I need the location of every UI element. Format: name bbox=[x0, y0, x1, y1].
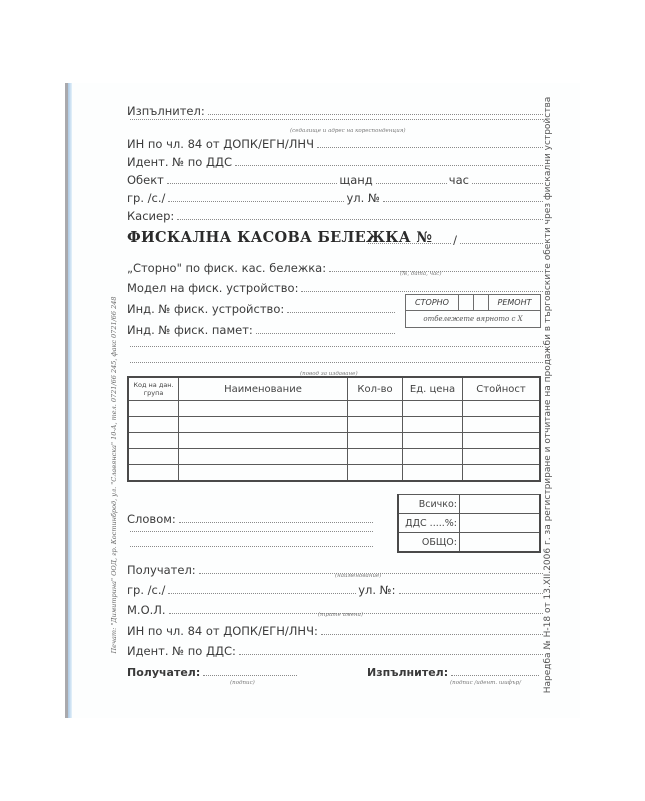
issuer-signature-hint: (подпис /идент. шифър/ bbox=[450, 680, 521, 686]
mol-hint: (трите имена) bbox=[318, 612, 363, 618]
issuer-field[interactable] bbox=[208, 113, 543, 115]
in-words-field[interactable] bbox=[179, 521, 373, 523]
repair-checkbox[interactable] bbox=[474, 295, 489, 310]
issuer-label: Изпълнител: bbox=[127, 104, 205, 118]
printer-imprint: Печат: "Димитрина" ООД, гр. Костинброд, … bbox=[110, 296, 118, 653]
reason-field-1[interactable] bbox=[130, 345, 543, 347]
receipt-number-slash: / bbox=[453, 233, 457, 247]
recipient-street-label: ул. №: bbox=[358, 583, 395, 597]
table-cell[interactable] bbox=[128, 417, 179, 433]
recipient-signature-hint: (подпис) bbox=[230, 680, 255, 686]
cashier-field[interactable] bbox=[177, 218, 543, 220]
total-value-cell[interactable] bbox=[460, 495, 541, 514]
device-id-label: Инд. № фиск. устройство: bbox=[127, 302, 284, 316]
issuer-signature-label: Изпълнител: bbox=[367, 666, 448, 679]
recipient-id-field[interactable] bbox=[321, 633, 543, 635]
memory-id-field[interactable] bbox=[256, 332, 395, 334]
table-cell[interactable] bbox=[403, 417, 463, 433]
table-cell[interactable] bbox=[463, 433, 541, 449]
vat-label: ДДС .....%: bbox=[398, 514, 460, 533]
storno-option-label: СТОРНО bbox=[406, 295, 459, 310]
totals-table: Всичко: ДДС .....%: ОБЩО: bbox=[397, 494, 541, 553]
recipient-id-row: ИН по чл. 84 от ДОПК/ЕГН/ЛНЧ: bbox=[127, 624, 545, 638]
total-row: Всичко: bbox=[398, 495, 540, 514]
device-id-field[interactable] bbox=[287, 311, 395, 313]
table-cell[interactable] bbox=[348, 465, 403, 482]
issuer-vat-label: Идент. № по ДДС bbox=[127, 155, 232, 169]
total-label: Всичко: bbox=[398, 495, 460, 514]
table-cell[interactable] bbox=[179, 401, 348, 417]
recipient-street-field[interactable] bbox=[399, 592, 543, 594]
in-words-field-2[interactable] bbox=[130, 530, 373, 532]
storno-checkbox[interactable] bbox=[459, 295, 474, 310]
table-cell[interactable] bbox=[463, 449, 541, 465]
issuer-vat-row: Идент. № по ДДС bbox=[127, 155, 545, 169]
recipient-city-row: гр. /с./ ул. №: bbox=[127, 583, 545, 597]
object-row: Обект щанд час bbox=[127, 173, 545, 187]
reason-field-2[interactable] bbox=[130, 361, 543, 363]
table-cell[interactable] bbox=[463, 417, 541, 433]
repair-option-label: РЕМОНТ bbox=[489, 295, 540, 310]
model-row: Модел на фиск. устройство: bbox=[127, 281, 545, 295]
issuer-address-row bbox=[127, 118, 545, 123]
model-field[interactable] bbox=[301, 290, 543, 292]
booth-field[interactable] bbox=[376, 182, 447, 184]
receipt-number-field[interactable] bbox=[368, 242, 451, 244]
mark-instruction: отбележете вярното с X bbox=[406, 311, 540, 327]
table-row bbox=[128, 465, 540, 482]
mol-label: М.О.Л. bbox=[127, 603, 166, 617]
column-quantity: Кол-во bbox=[348, 377, 403, 401]
table-cell[interactable] bbox=[463, 465, 541, 482]
storno-repair-box: СТОРНО РЕМОНТ отбележете вярното с X bbox=[405, 294, 541, 328]
in-words-field-3[interactable] bbox=[130, 545, 373, 547]
regulation-note: Наредба № Н-18 от 13.XII.2006 г. за реги… bbox=[543, 97, 553, 694]
time-label: час bbox=[449, 173, 469, 187]
table-cell[interactable] bbox=[128, 433, 179, 449]
column-value: Стойност bbox=[463, 377, 541, 401]
table-cell[interactable] bbox=[403, 401, 463, 417]
issuer-row: Изпълнител: bbox=[127, 104, 545, 118]
issuer-id-label: ИН по чл. 84 от ДОПК/ЕГН/ЛНЧ bbox=[127, 137, 314, 151]
table-row bbox=[128, 433, 540, 449]
reason-row-2 bbox=[127, 361, 545, 366]
issuer-city-label: гр. /с./ bbox=[127, 191, 165, 205]
issuer-city-field[interactable] bbox=[168, 200, 344, 202]
column-tax-group: Код на дан. група bbox=[128, 377, 179, 401]
table-cell[interactable] bbox=[128, 449, 179, 465]
cashier-label: Касиер: bbox=[127, 209, 174, 223]
in-words-label: Словом: bbox=[127, 512, 176, 526]
issuer-street-field[interactable] bbox=[383, 200, 543, 202]
issuer-vat-field[interactable] bbox=[235, 164, 543, 166]
table-cell[interactable] bbox=[403, 433, 463, 449]
recipient-vat-row: Идент. № по ДДС: bbox=[127, 644, 545, 658]
in-words-row: Словом: bbox=[127, 512, 375, 526]
memory-id-label: Инд. № фиск. памет: bbox=[127, 323, 253, 337]
recipient-city-field[interactable] bbox=[168, 592, 356, 594]
receipt-number-row: / bbox=[365, 233, 545, 247]
issuer-address-hint: (седалище и адрес на кореспонденция) bbox=[290, 128, 406, 134]
receipt-date-field[interactable] bbox=[460, 242, 543, 244]
time-field[interactable] bbox=[472, 182, 543, 184]
object-field[interactable] bbox=[167, 182, 338, 184]
table-cell[interactable] bbox=[179, 449, 348, 465]
recipient-label: Получател: bbox=[127, 563, 196, 577]
memory-id-row: Инд. № фиск. памет: bbox=[127, 323, 397, 337]
table-cell[interactable] bbox=[179, 433, 348, 449]
issuer-street-label: ул. № bbox=[346, 191, 379, 205]
table-cell[interactable] bbox=[403, 465, 463, 482]
issuer-id-field[interactable] bbox=[317, 146, 543, 148]
issuer-signature: Изпълнител: bbox=[367, 666, 541, 679]
grand-total-label: ОБЩО: bbox=[398, 533, 460, 553]
in-words-row-2 bbox=[127, 530, 375, 535]
object-label: Обект bbox=[127, 173, 164, 187]
vat-value-cell[interactable] bbox=[460, 514, 541, 533]
table-cell[interactable] bbox=[128, 465, 179, 482]
device-id-row: Инд. № фиск. устройство: bbox=[127, 302, 397, 316]
table-cell[interactable] bbox=[463, 401, 541, 417]
recipient-signature-label: Получател: bbox=[127, 666, 200, 679]
table-row bbox=[128, 449, 540, 465]
table-cell[interactable] bbox=[179, 465, 348, 482]
model-label: Модел на фиск. устройство: bbox=[127, 281, 298, 295]
table-cell[interactable] bbox=[348, 401, 403, 417]
recipient-signature: Получател: bbox=[127, 666, 299, 679]
storno-hint: (№, дата, час) bbox=[400, 271, 442, 277]
grand-total-value-cell[interactable] bbox=[460, 533, 541, 553]
recipient-signature-field[interactable] bbox=[203, 674, 297, 676]
items-table: Код на дан. група Наименование Кол-во Ед… bbox=[127, 376, 541, 482]
recipient-vat-label: Идент. № по ДДС: bbox=[127, 644, 236, 658]
in-words-row-3 bbox=[127, 545, 375, 550]
issuer-signature-field[interactable] bbox=[451, 674, 539, 676]
table-cell[interactable] bbox=[128, 401, 179, 417]
table-cell[interactable] bbox=[348, 417, 403, 433]
recipient-vat-field[interactable] bbox=[239, 653, 543, 655]
cashier-row: Касиер: bbox=[127, 209, 545, 223]
recipient-hint: (наименование) bbox=[335, 573, 381, 579]
issuer-city-row: гр. /с./ ул. № bbox=[127, 191, 545, 205]
reason-row-1 bbox=[127, 345, 545, 350]
table-cell[interactable] bbox=[403, 449, 463, 465]
vat-row: ДДС .....%: bbox=[398, 514, 540, 533]
table-cell[interactable] bbox=[348, 449, 403, 465]
column-name: Наименование bbox=[179, 377, 348, 401]
items-table-header: Код на дан. група Наименование Кол-во Ед… bbox=[128, 377, 540, 401]
storno-row: „Сторно" по фиск. кас. бележка: bbox=[127, 261, 545, 275]
grand-total-row: ОБЩО: bbox=[398, 533, 540, 553]
recipient-city-label: гр. /с./ bbox=[127, 583, 165, 597]
storno-label: „Сторно" по фиск. кас. бележка: bbox=[127, 261, 326, 275]
issuer-address-field[interactable] bbox=[130, 118, 543, 120]
booth-label: щанд bbox=[339, 173, 372, 187]
issuer-id-row: ИН по чл. 84 от ДОПК/ЕГН/ЛНЧ bbox=[127, 137, 545, 151]
table-cell[interactable] bbox=[348, 433, 403, 449]
recipient-id-label: ИН по чл. 84 от ДОПК/ЕГН/ЛНЧ: bbox=[127, 624, 318, 638]
page-edge-border bbox=[65, 83, 68, 718]
column-unit-price: Ед. цена bbox=[403, 377, 463, 401]
table-cell[interactable] bbox=[179, 417, 348, 433]
table-row bbox=[128, 417, 540, 433]
table-row bbox=[128, 401, 540, 417]
